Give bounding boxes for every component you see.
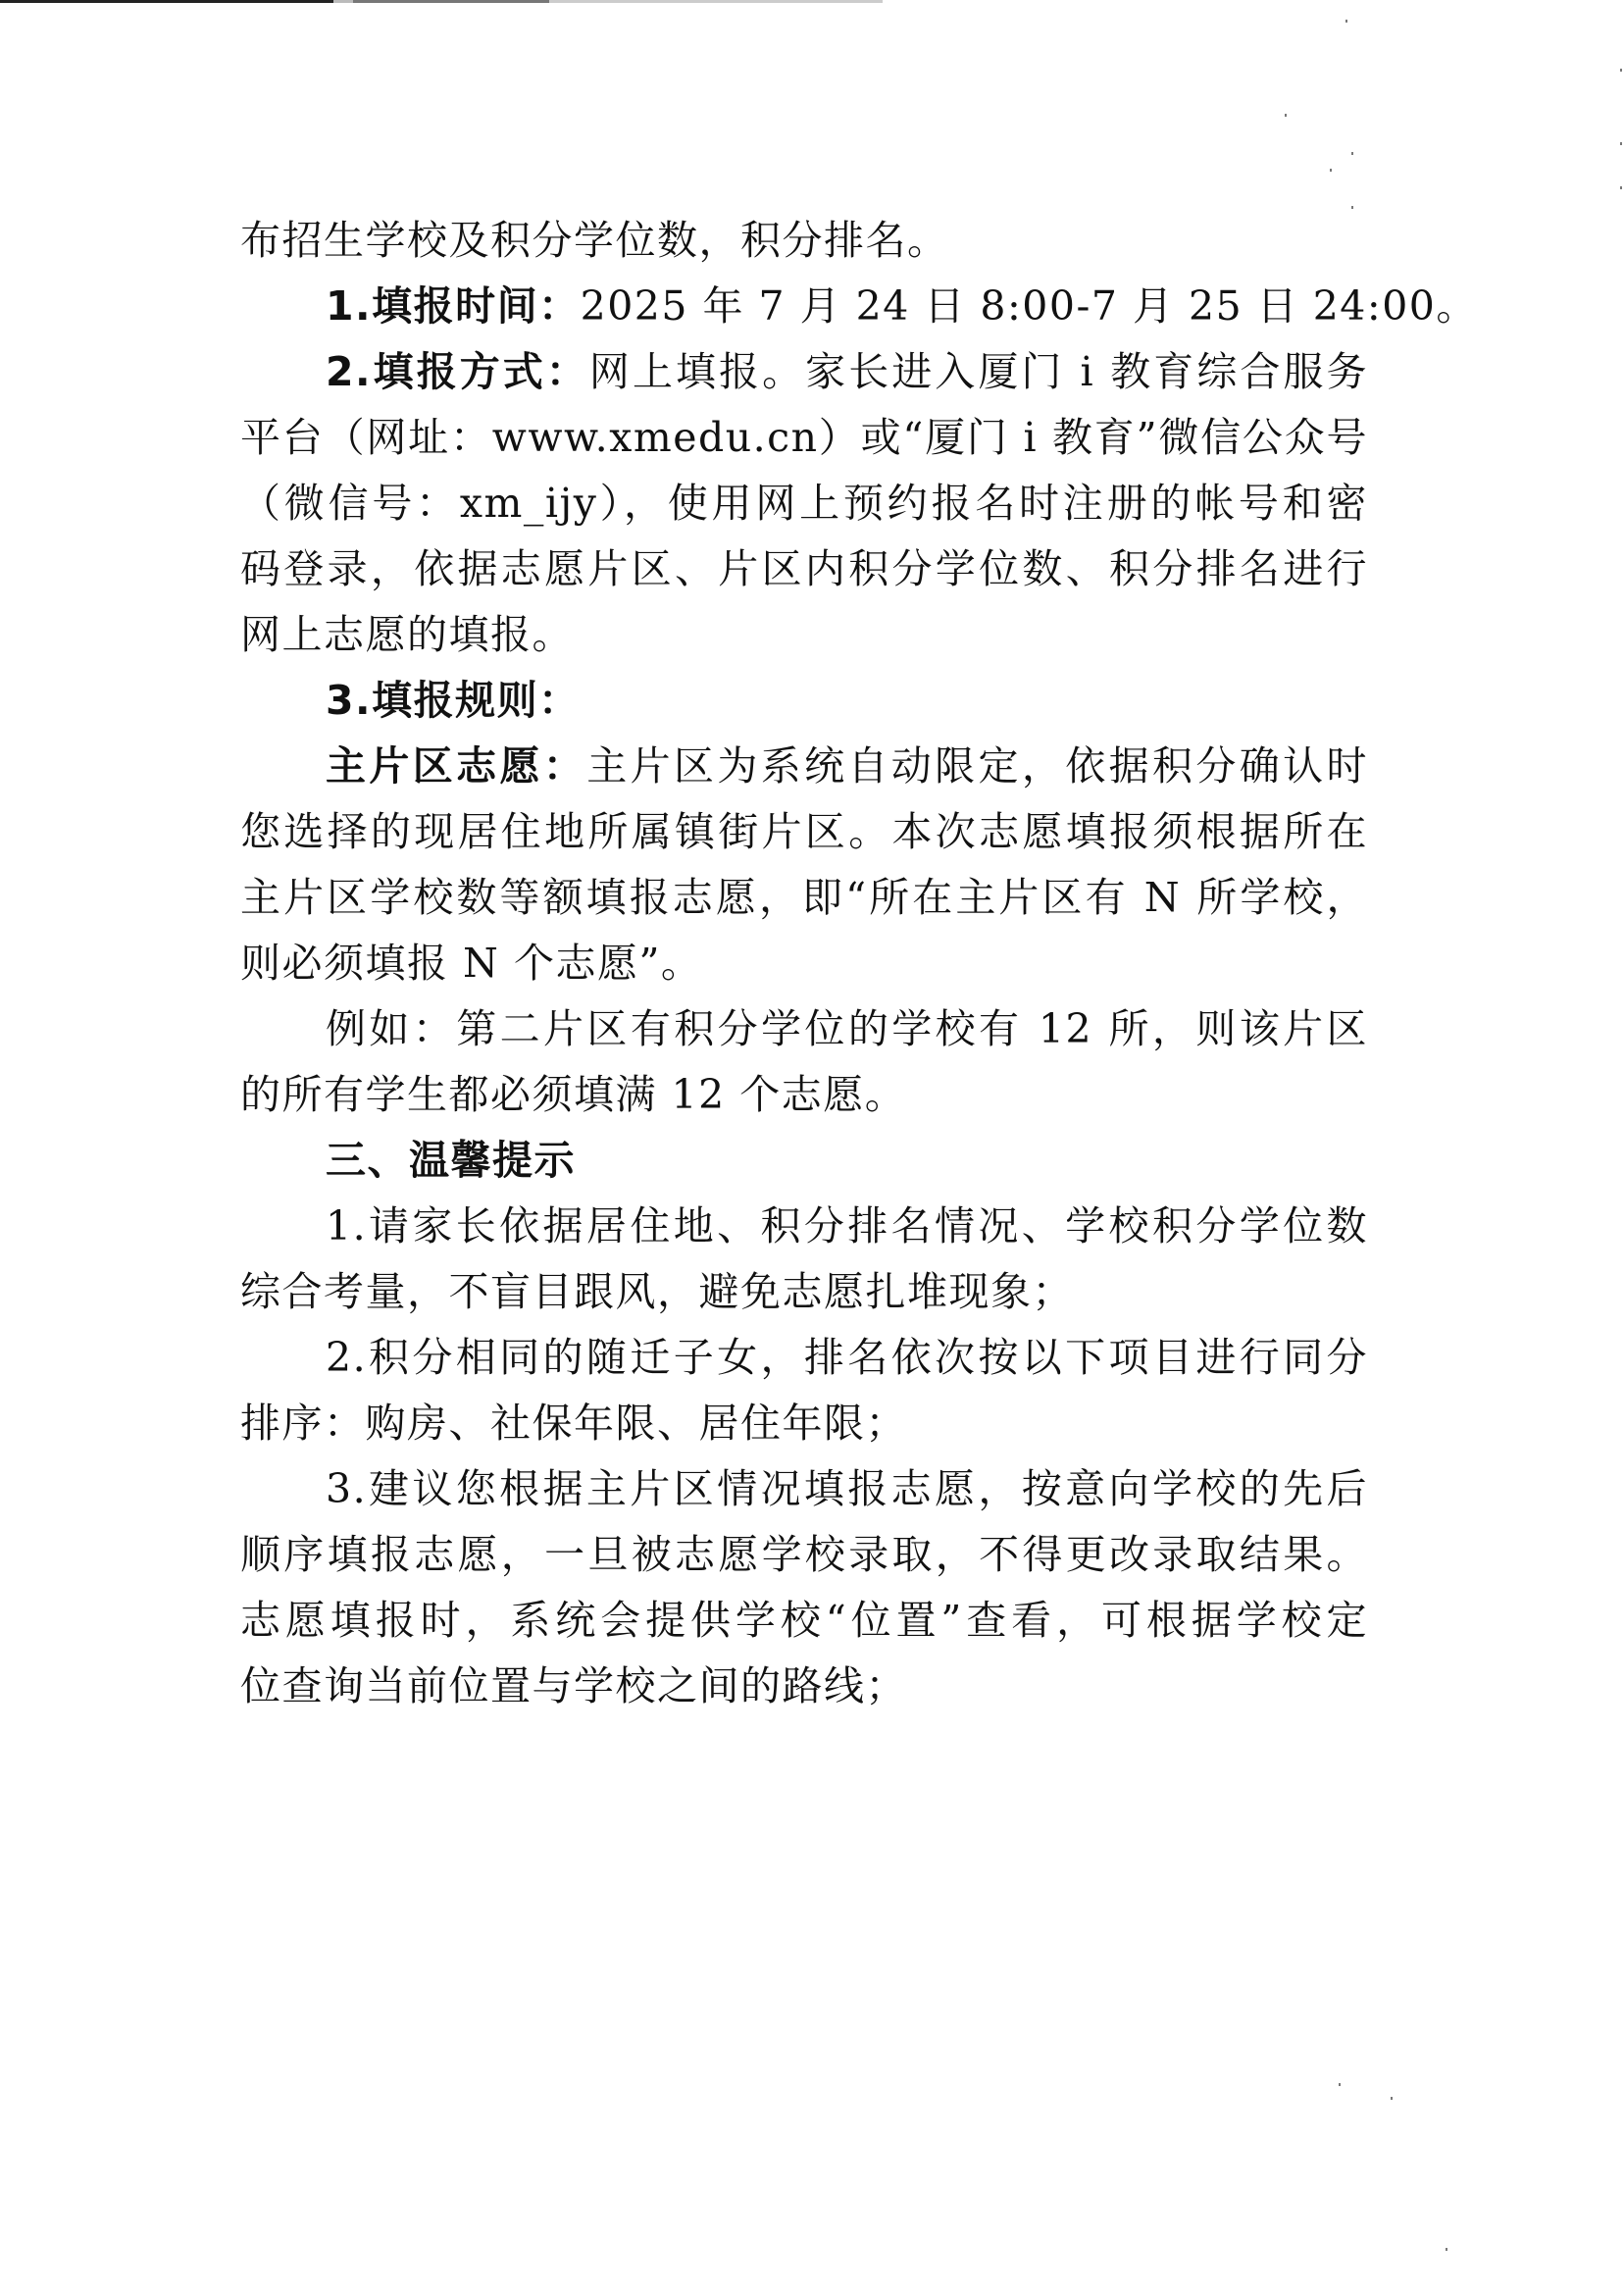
main-area-line-1: 主片区志愿：主片区为系统自动限定，依据积分确认时 bbox=[240, 734, 1368, 799]
tip-3-line-3: 志愿填报时，系统会提供学校“位置”查看，可根据学校定 bbox=[240, 1588, 1368, 1654]
paragraph-text: 则必须填报 N 个志愿”。 bbox=[240, 940, 702, 987]
paragraph-text: 您选择的现居住地所属镇街片区。本次志愿填报须根据所在 bbox=[240, 808, 1368, 855]
tip-3-line-4: 位查询当前位置与学校之间的路线； bbox=[240, 1654, 1368, 1719]
fill-method-line-4: 码登录，依据志愿片区、片区内积分学位数、积分排名进行 bbox=[240, 536, 1368, 602]
paragraph-text: 布招生学校及积分学位数，积分排名。 bbox=[240, 217, 949, 264]
example-line-2: 的所有学生都必须填满 12 个志愿。 bbox=[240, 1062, 1368, 1128]
scan-speck bbox=[1620, 142, 1622, 145]
fill-method-line-3: （微信号：xm_ijy），使用网上预约报名时注册的帐号和密 bbox=[240, 471, 1368, 536]
paragraph-text: 综合考量，不盲目跟风，避免志愿扎堆现象； bbox=[240, 1268, 1074, 1315]
fill-time-label: 1.填报时间： bbox=[326, 282, 581, 330]
example-line-1: 例如：第二片区有积分学位的学校有 12 所，则该片区 bbox=[240, 996, 1368, 1062]
tip-2-line-1: 2.积分相同的随迁子女，排名依次按以下项目进行同分 bbox=[240, 1325, 1368, 1391]
scan-speck bbox=[1351, 206, 1353, 209]
paragraph-text: 平台（网址：www.xmedu.cn）或“厦门 i 教育”微信公众号 bbox=[240, 414, 1368, 461]
scan-speck bbox=[1446, 2248, 1447, 2251]
main-area-label: 主片区志愿： bbox=[326, 742, 586, 790]
tip-1-line-1: 1.请家长依据居住地、积分排名情况、学校积分学位数 bbox=[240, 1194, 1368, 1259]
scan-speck bbox=[1351, 152, 1353, 155]
section-heading: 三、温馨提示 bbox=[326, 1137, 576, 1184]
tip-3-line-2: 顺序填报志愿，一旦被志愿学校录取，不得更改录取结果。 bbox=[240, 1522, 1368, 1588]
tip-3-line-1: 3.建议您根据主片区情况填报志愿，按意向学校的先后 bbox=[240, 1456, 1368, 1522]
fill-time-line: 1.填报时间：2025 年 7 月 24 日 8:00-7 月 25 日 24:… bbox=[240, 274, 1368, 339]
scan-speck bbox=[1345, 20, 1347, 23]
tip-2-line-2: 排序：购房、社保年限、居住年限； bbox=[240, 1391, 1368, 1456]
scan-speck bbox=[1620, 69, 1622, 72]
fill-time-value: 2025 年 7 月 24 日 8:00-7 月 25 日 24:00。 bbox=[581, 282, 1478, 330]
fill-rules-label: 3.填报规则： bbox=[326, 677, 581, 724]
fill-method-line-5: 网上志愿的填报。 bbox=[240, 602, 1368, 668]
scan-edge-artifact bbox=[0, 0, 883, 3]
fill-rules-heading: 3.填报规则： bbox=[240, 668, 1368, 734]
tip-1-line-2: 综合考量，不盲目跟风，避免志愿扎堆现象； bbox=[240, 1259, 1368, 1325]
paragraph-text: 顺序填报志愿，一旦被志愿学校录取，不得更改录取结果。 bbox=[240, 1531, 1368, 1578]
paragraph-text: 2.积分相同的随迁子女，排名依次按以下项目进行同分 bbox=[326, 1334, 1368, 1381]
paragraph-text: 1.请家长依据居住地、积分排名情况、学校积分学位数 bbox=[326, 1202, 1368, 1249]
main-area-line-4: 则必须填报 N 个志愿”。 bbox=[240, 931, 1368, 996]
scan-speck bbox=[1620, 186, 1622, 189]
fill-method-line-1: 2.填报方式：网上填报。家长进入厦门 i 教育综合服务 bbox=[240, 339, 1368, 405]
scan-speck bbox=[1330, 169, 1332, 172]
paragraph-text: 网上填报。家长进入厦门 i 教育综合服务 bbox=[589, 348, 1368, 395]
paragraph-text: 的所有学生都必须填满 12 个志愿。 bbox=[240, 1071, 906, 1118]
fill-method-line-2: 平台（网址：www.xmedu.cn）或“厦门 i 教育”微信公众号 bbox=[240, 405, 1368, 471]
tips-section-heading: 三、温馨提示 bbox=[240, 1128, 1368, 1194]
intro-continuation-line: 布招生学校及积分学位数，积分排名。 bbox=[240, 208, 1368, 274]
paragraph-text: （微信号：xm_ijy），使用网上预约报名时注册的帐号和密 bbox=[240, 480, 1368, 527]
scan-speck bbox=[1339, 2083, 1341, 2086]
paragraph-text: 例如：第二片区有积分学位的学校有 12 所，则该片区 bbox=[326, 1005, 1368, 1052]
scan-speck bbox=[1285, 114, 1287, 117]
paragraph-text: 主片区学校数等额填报志愿，即“所在主片区有 N 所学校， bbox=[240, 874, 1368, 921]
main-area-line-3: 主片区学校数等额填报志愿，即“所在主片区有 N 所学校， bbox=[240, 865, 1368, 931]
scan-speck bbox=[1391, 2097, 1393, 2100]
paragraph-text: 志愿填报时，系统会提供学校“位置”查看，可根据学校定 bbox=[240, 1597, 1368, 1644]
paragraph-text: 3.建议您根据主片区情况填报志愿，按意向学校的先后 bbox=[326, 1465, 1368, 1512]
fill-method-label: 2.填报方式： bbox=[326, 348, 589, 395]
paragraph-text: 网上志愿的填报。 bbox=[240, 611, 574, 658]
paragraph-text: 主片区为系统自动限定，依据积分确认时 bbox=[586, 742, 1368, 790]
paragraph-text: 位查询当前位置与学校之间的路线； bbox=[240, 1662, 907, 1709]
paragraph-text: 排序：购房、社保年限、居住年限； bbox=[240, 1400, 907, 1447]
paragraph-text: 码登录，依据志愿片区、片区内积分学位数、积分排名进行 bbox=[240, 545, 1368, 592]
main-area-line-2: 您选择的现居住地所属镇街片区。本次志愿填报须根据所在 bbox=[240, 799, 1368, 865]
document-page: 布招生学校及积分学位数，积分排名。 1.填报时间：2025 年 7 月 24 日… bbox=[240, 208, 1368, 1719]
